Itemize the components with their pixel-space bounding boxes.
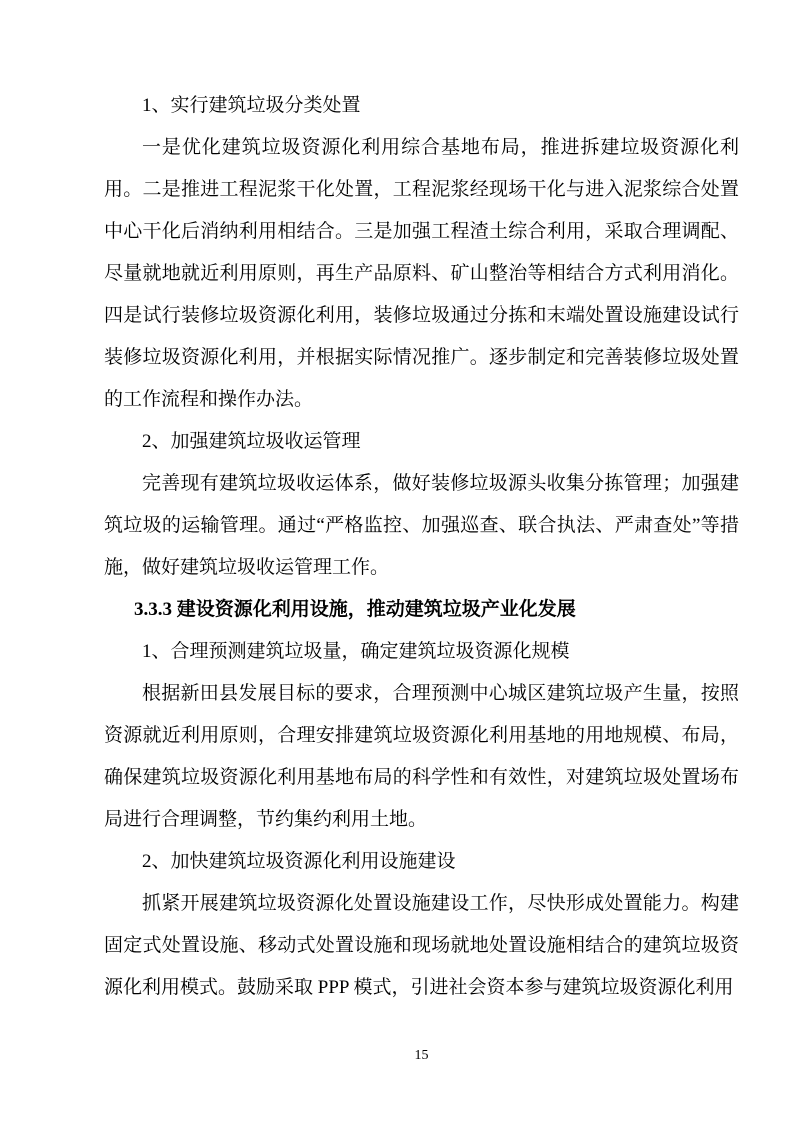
list-item-heading-2: 2、加强建筑垃圾收运管理 [104, 421, 739, 463]
document-page: 1、实行建筑垃圾分类处置 一是优化建筑垃圾资源化利用综合基地布局，推进拆建垃圾资… [0, 0, 793, 1122]
list-item-heading-4: 2、加快建筑垃圾资源化利用设施建设 [104, 841, 739, 883]
body-paragraph-collection-transport: 完善现有建筑垃圾收运体系，做好装修垃圾源头收集分拣管理；加强建筑垃圾的运输管理。… [104, 463, 739, 589]
document-body: 1、实行建筑垃圾分类处置 一是优化建筑垃圾资源化利用综合基地布局，推进拆建垃圾资… [104, 85, 739, 1009]
page-number: 15 [104, 1047, 739, 1065]
body-paragraph-waste-classification: 一是优化建筑垃圾资源化利用综合基地布局，推进拆建垃圾资源化利用。二是推进工程泥浆… [104, 127, 739, 421]
body-paragraph-prediction-scale: 根据新田县发展目标的要求，合理预测中心城区建筑垃圾产生量，按照资源就近利用原则，… [104, 673, 739, 841]
list-item-heading-3: 1、合理预测建筑垃圾量，确定建筑垃圾资源化规模 [104, 631, 739, 673]
body-paragraph-facility-construction: 抓紧开展建筑垃圾资源化处置设施建设工作，尽快形成处置能力。构建固定式处置设施、移… [104, 883, 739, 1009]
section-heading-3-3-3: 3.3.3 建设资源化利用设施，推动建筑垃圾产业化发展 [104, 589, 739, 631]
list-item-heading-1: 1、实行建筑垃圾分类处置 [104, 85, 739, 127]
